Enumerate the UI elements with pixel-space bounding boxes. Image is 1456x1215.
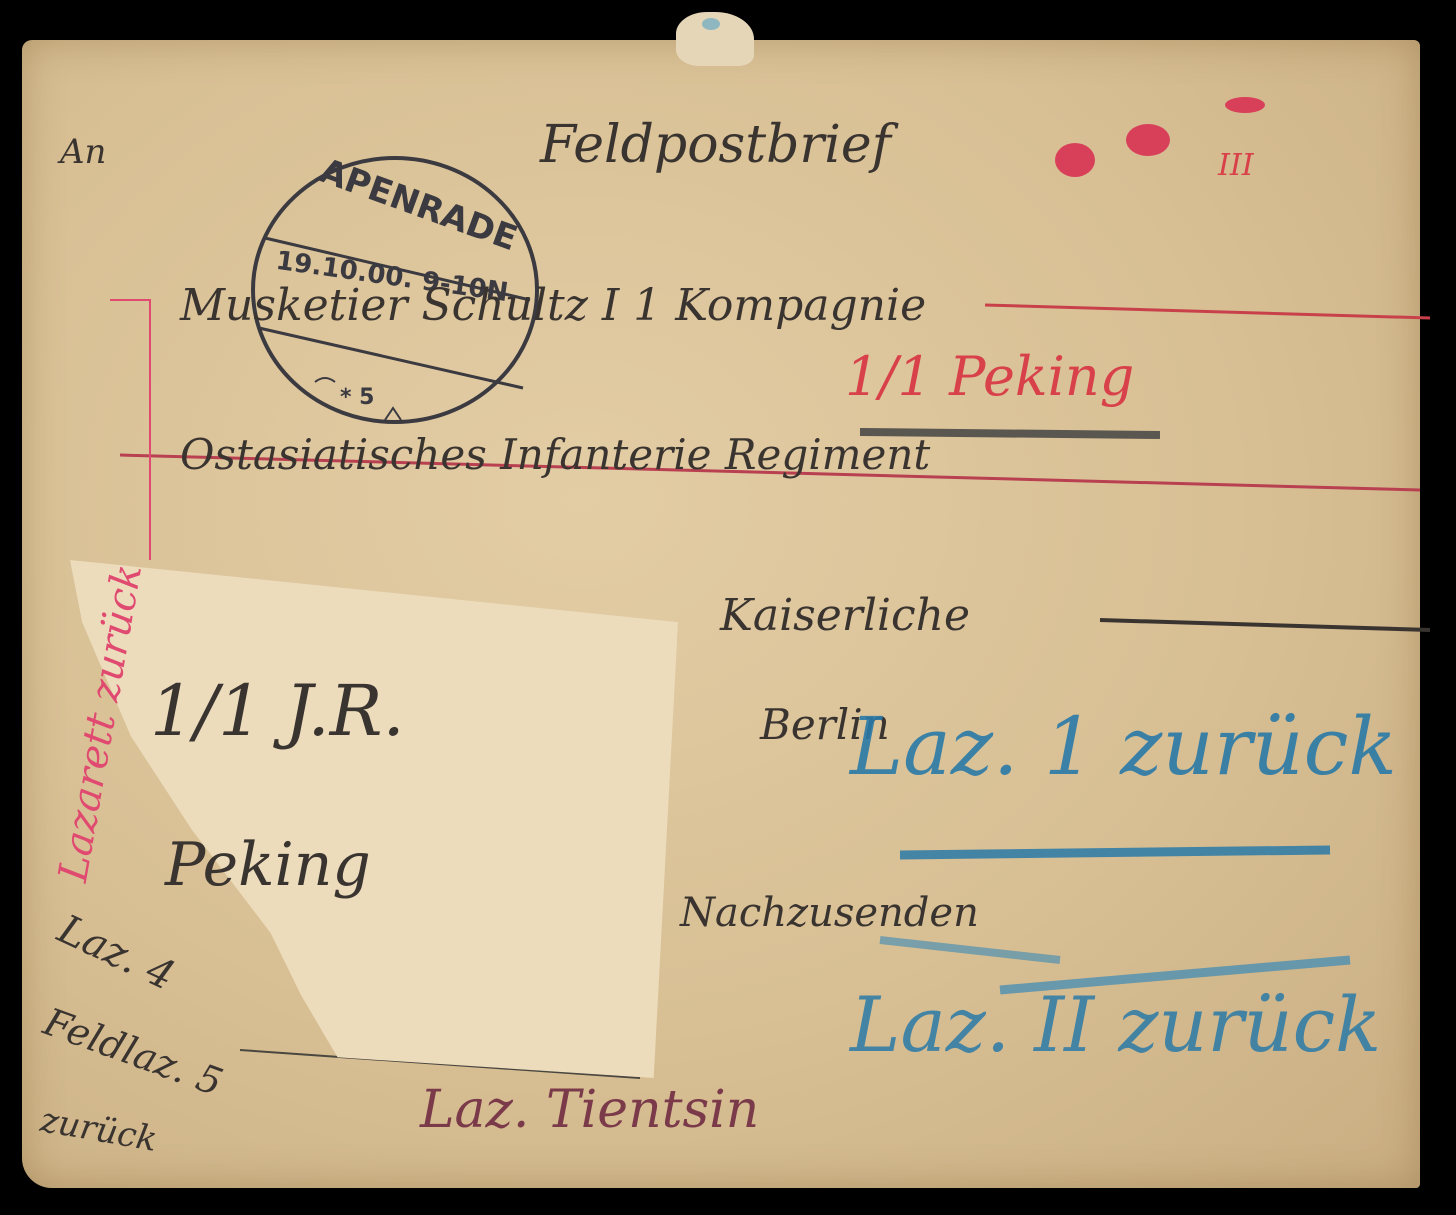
label-slip-line-2: Peking xyxy=(165,830,371,900)
bottom-tientsin: Laz. Tientsin xyxy=(420,1080,759,1140)
address-line-kaiserliche: Kaiserliche xyxy=(720,590,970,641)
address-line-regiment: Ostasiatisches Infanterie Regiment xyxy=(180,430,930,479)
header-feldpostbrief: Feldpostbrief xyxy=(540,115,891,175)
blue-annotation-2: Laz. II zurück xyxy=(850,980,1381,1069)
red-mark-top-right: III xyxy=(1218,148,1254,183)
address-line-peking: 1/1 Peking xyxy=(845,345,1134,408)
address-line-nachzusenden: Nachzusenden xyxy=(680,890,979,936)
salutation: An xyxy=(60,132,106,172)
torn-flap-fragment xyxy=(676,12,754,66)
address-line-1: Musketier Schultz I 1 Kompagnie xyxy=(180,280,926,331)
blue-annotation-1: Laz. 1 zurück xyxy=(850,700,1397,793)
label-slip-line-1: 1/1 J.R. xyxy=(150,670,405,752)
postmark-lower: * 5 xyxy=(340,385,374,410)
